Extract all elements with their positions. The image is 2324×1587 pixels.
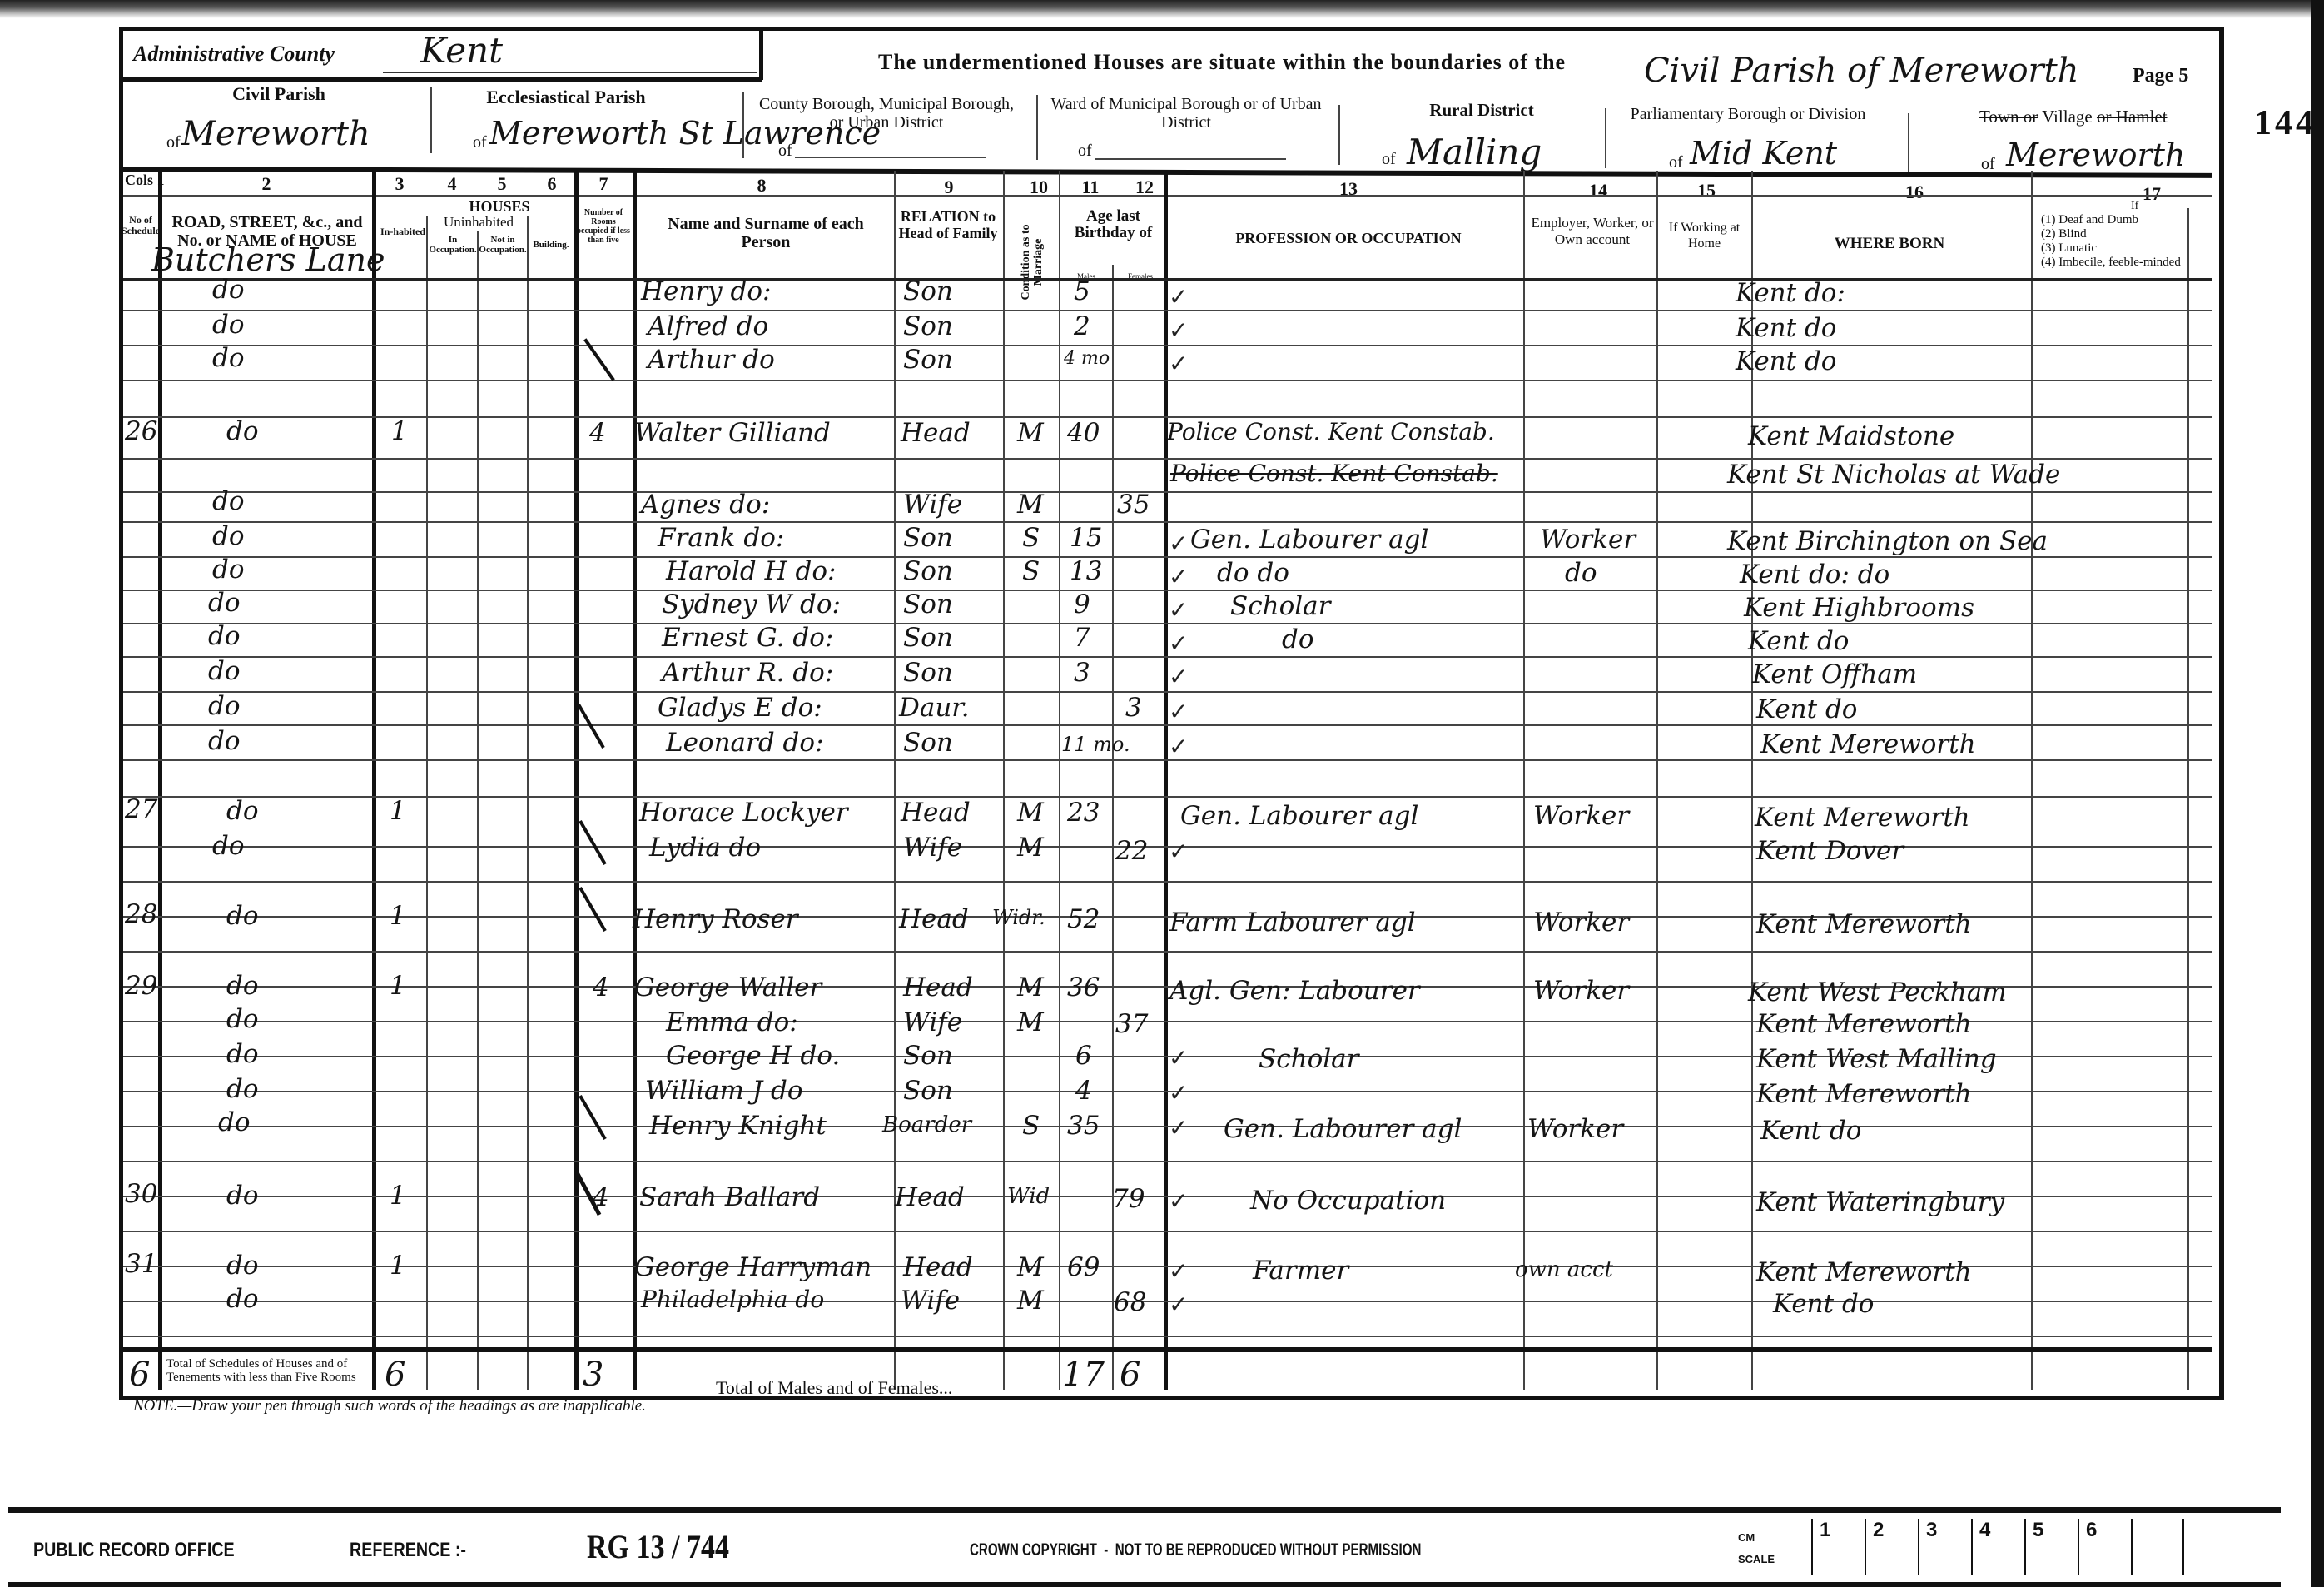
occupation-cell: Police Const. Kent Constab.: [1167, 418, 1495, 445]
occupation-cell: do: [1282, 624, 1314, 654]
name-cell: Emma do:: [666, 1007, 798, 1037]
street-cell: do: [208, 621, 241, 651]
parliamentary-of: of: [1669, 153, 1683, 172]
name-cell: George H do.: [666, 1041, 840, 1071]
footer-reference-label: REFERENCE :-: [350, 1539, 466, 1562]
inhabited-cell: 1: [390, 796, 406, 826]
born-cell: Kent West Peckham: [1748, 978, 2007, 1007]
employment-cell: do: [1565, 558, 1597, 588]
age-male-cell: 11 mo.: [1061, 733, 1130, 756]
page-number: Page 5: [2133, 65, 2188, 87]
scale-mark-2: 2: [1865, 1519, 1918, 1575]
scale-mark-1: 1: [1811, 1519, 1865, 1575]
col-header-condition: Condition as to Marriage: [1020, 212, 1045, 312]
folio-number: 144: [2254, 103, 2317, 143]
street-cell: do: [226, 1074, 259, 1104]
village-value: Mereworth: [2006, 137, 2185, 173]
name-cell: Sarah Ballard: [639, 1182, 820, 1212]
street-cell: do: [212, 343, 245, 373]
total-rooms: 3: [583, 1356, 603, 1394]
footer-office: PUBLIC RECORD OFFICE: [33, 1539, 235, 1562]
col-header-relation: RELATION to Head of Family: [897, 208, 999, 241]
rural-district-label: Rural District: [1365, 100, 1598, 121]
civil-parish-label: Civil Parish: [150, 83, 408, 105]
age-male-cell: 13: [1070, 556, 1102, 586]
col-header-where-born: WHERE BORN: [1790, 235, 1989, 252]
col-num-8: 8: [749, 175, 774, 197]
age-male-cell: 23: [1067, 798, 1100, 828]
relation-cell: Son: [903, 276, 953, 306]
scan-edge-top: [0, 0, 2324, 18]
scale-mark-3: 3: [1918, 1519, 1971, 1575]
col-num-6: 6: [539, 173, 564, 195]
ward-blank: [1095, 158, 1286, 160]
condition-cell: S: [1022, 1111, 1040, 1141]
name-cell: Frank do:: [658, 523, 784, 553]
schedule-cell: 27: [125, 794, 157, 824]
condition-cell: M: [1017, 798, 1044, 828]
col-num-17: 17: [2135, 183, 2168, 205]
name-cell: Arthur do: [648, 345, 775, 375]
name-cell: Arthur R. do:: [662, 658, 833, 688]
note-text: NOTE.—Draw your pen through such words o…: [133, 1397, 646, 1415]
total-inhabited: 6: [385, 1356, 405, 1394]
employment-cell: Worker: [1533, 908, 1629, 938]
age-female-cell: 79: [1112, 1184, 1145, 1214]
street-cell: do: [226, 1251, 259, 1281]
name-cell: Horace Lockyer: [639, 798, 848, 828]
condition-cell: Widr.: [992, 906, 1045, 929]
county-borough-blank: [795, 157, 986, 158]
divider: [430, 87, 432, 153]
col-line-11: [1112, 265, 1114, 1390]
age-male-cell: 36: [1067, 973, 1100, 1002]
col-num-5: 5: [489, 173, 514, 195]
born-cell: Kent St Nicholas at Wade: [1727, 460, 2060, 490]
rural-district-of: of: [1382, 150, 1396, 169]
relation-cell: Son: [903, 523, 953, 553]
name-cell: George Harryman: [634, 1252, 871, 1282]
county-borough-label: County Borough, Municipal Borough, or Ur…: [753, 95, 1020, 132]
footer-copyright: CROWN COPYRIGHT - NOT TO BE REPRODUCED W…: [970, 1540, 1421, 1560]
street-cell: do: [226, 796, 259, 826]
totals-label: Total of Males and of Females...: [716, 1377, 952, 1399]
relation-cell: Wife: [903, 833, 962, 863]
street-cell: do: [208, 726, 241, 756]
divider: [1338, 105, 1340, 165]
col-line-16: [2031, 171, 2033, 1390]
admin-county-underline: [383, 72, 757, 73]
town-struck: Town or: [1979, 107, 2038, 127]
name-cell: Philadelphia do: [641, 1286, 824, 1313]
name-cell: Henry Roser: [633, 904, 798, 934]
relation-cell: Son: [903, 728, 953, 758]
infirmity-2: (2) Blind: [2041, 227, 2181, 241]
occupation-cell: Agl. Gen: Labourer: [1169, 976, 1420, 1006]
col-line-14: [1656, 171, 1658, 1390]
parliamentary-value: Mid Kent: [1690, 135, 1837, 172]
relation-cell: Son: [903, 1041, 953, 1071]
condition-cell: M: [1017, 833, 1044, 863]
scan-edge-right: [2311, 0, 2324, 1587]
relation-cell: Wife: [903, 1007, 962, 1037]
col-line-13: [1523, 171, 1525, 1390]
col-num-7: 7: [591, 173, 616, 195]
footer-reference: RG 13 / 744: [587, 1527, 729, 1566]
col-num-4: 4: [439, 173, 464, 195]
condition-cell: M: [1017, 490, 1044, 520]
relation-cell: Head: [895, 1182, 965, 1212]
inhabited-cell: 1: [391, 416, 408, 446]
condition-cell: M: [1017, 418, 1044, 448]
col-line-4: [477, 231, 479, 1390]
born-cell: Kent Highbrooms: [1744, 593, 1974, 623]
col-header-not-in-occupation: Not in Occupation.: [479, 235, 527, 255]
employment-cell: Worker: [1527, 1114, 1623, 1144]
civil-parish-value: Mereworth: [181, 115, 370, 153]
parliamentary-label: Parliamentary Borough or Division: [1623, 105, 1873, 123]
born-cell: Kent Wateringbury: [1756, 1187, 2004, 1217]
divider: [1036, 95, 1038, 160]
street-cell: do: [212, 310, 245, 340]
col-header-rooms: Number of Rooms occupied if less than fi…: [577, 208, 630, 245]
name-cell: Agnes do:: [641, 490, 770, 520]
occupation-cell: Farm Labourer agl: [1169, 908, 1416, 938]
age-male-cell: 2: [1074, 311, 1090, 341]
hamlet-struck: or Hamlet: [2097, 107, 2168, 127]
ward-of: of: [1078, 142, 1092, 161]
born-cell: Kent do: [1748, 626, 1849, 656]
occupation-struck-cell: Police Const. Kent Constab.: [1170, 460, 1498, 487]
infirmity-3: (3) Lunatic: [2041, 241, 2181, 256]
schedule-cell: 28: [125, 899, 157, 929]
ward-label: Ward of Municipal Borough or of Urban Di…: [1049, 95, 1323, 132]
total-schedules-label: Total of Schedules of Houses and of Tene…: [166, 1357, 366, 1384]
name-cell: Alfred do: [648, 311, 768, 341]
born-cell: Kent Offham: [1752, 659, 1917, 689]
street-cell: do: [212, 275, 245, 305]
col-header-employment: Employer, Worker, or Own account: [1530, 215, 1655, 248]
col-header-schedule: No of Schedule: [122, 215, 160, 236]
age-male-cell: 4 mo: [1064, 348, 1110, 369]
relation-cell: Son: [903, 1076, 953, 1106]
born-cell: Kent West Malling: [1756, 1044, 1997, 1074]
born-cell: Kent Dover: [1756, 836, 1904, 866]
inhabited-cell: 1: [390, 971, 406, 1001]
rooms-cell: 4: [593, 973, 609, 1002]
schedule-cell: 30: [125, 1179, 157, 1209]
street-cell: do: [226, 901, 259, 931]
schedule-cell: 31: [125, 1249, 157, 1279]
col-line-7: [633, 171, 637, 1390]
col-header-name: Name and Surname of each Person: [658, 215, 874, 251]
street-cell: do: [218, 1107, 251, 1137]
relation-cell: Son: [903, 590, 953, 619]
condition-cell: S: [1022, 556, 1040, 586]
street-cell: do: [226, 416, 259, 446]
col-num-13: 13: [1332, 178, 1365, 200]
divider: [1908, 113, 1909, 172]
born-cell: Kent do: do: [1740, 560, 1889, 590]
scale-mark-6: 6: [2078, 1519, 2131, 1575]
relation-cell: Son: [903, 556, 953, 586]
col-header-building: Building.: [529, 236, 573, 254]
relation-cell: Head: [903, 1252, 973, 1282]
col-line-2: [372, 171, 376, 1390]
age-male-cell: 40: [1067, 418, 1100, 448]
age-male-cell: 9: [1074, 590, 1090, 619]
born-cell: Kent Mereworth: [1756, 1079, 1972, 1109]
col-header-working-at-home: If Working at Home: [1665, 220, 1744, 251]
born-cell: Kent Mereworth: [1756, 909, 1972, 939]
age-male-cell: 7: [1074, 623, 1090, 653]
age-female-cell: 3: [1125, 693, 1142, 723]
street-cell: do: [212, 486, 245, 516]
age-male-cell: 6: [1075, 1041, 1092, 1071]
occupation-cell: Farmer: [1253, 1256, 1348, 1286]
col-header-in-occupation: In Occupation.: [429, 235, 477, 255]
occupation-cell: No Occupation: [1250, 1186, 1446, 1216]
relation-cell: Son: [903, 311, 953, 341]
relation-cell: Wife: [903, 490, 962, 520]
col-header-females: Females: [1115, 268, 1165, 286]
relation-cell: Head: [903, 973, 973, 1002]
column-header-rule: [123, 278, 2212, 281]
col-header-infirmity-list: (1) Deaf and Dumb (2) Blind (3) Lunatic …: [2041, 213, 2181, 270]
relation-cell: Head: [901, 798, 971, 828]
admin-county-rule: [123, 77, 762, 82]
rural-district-value: Malling: [1407, 132, 1542, 172]
street-cell: do: [226, 1039, 259, 1069]
occupation-cell: Scholar: [1259, 1044, 1358, 1074]
col-line-5: [527, 216, 529, 1390]
street-cell: do: [212, 555, 245, 585]
born-cell: Kent Maidstone: [1748, 421, 1954, 451]
village-label: Town or Village or Hamlet: [1979, 107, 2168, 127]
relation-cell: Daur.: [899, 693, 970, 723]
ecclesiastical-parish-of: of: [473, 133, 487, 152]
street-cell: do: [212, 831, 245, 861]
total-schedules: 6: [129, 1356, 150, 1394]
col-line-10: [1059, 171, 1060, 1390]
age-female-cell: 37: [1115, 1009, 1148, 1039]
relation-cell: Son: [903, 623, 953, 653]
col-line-3: [426, 216, 428, 1390]
name-cell: Henry do:: [641, 276, 771, 306]
employment-cell: Worker: [1533, 801, 1629, 831]
admin-county-value: Kent: [420, 30, 503, 71]
rooms-cell: 4: [589, 418, 606, 448]
born-cell: Kent do: [1736, 313, 1836, 343]
col-header-occupation: PROFESSION OR OCCUPATION: [1182, 230, 1515, 247]
age-male-cell: 69: [1067, 1252, 1100, 1282]
occupation-cell: Scholar: [1230, 591, 1330, 621]
county-borough-of: of: [778, 142, 792, 161]
relation-cell: Boarder: [882, 1112, 971, 1137]
street-cell: do: [226, 1004, 259, 1034]
col-num-3: 3: [387, 173, 412, 195]
schedule-cell: 29: [125, 971, 157, 1001]
employment-cell: own acct: [1515, 1257, 1613, 1282]
divider: [1605, 108, 1606, 168]
col-header-age: Age last Birthday of: [1061, 208, 1165, 241]
col-line-12: [1164, 171, 1168, 1390]
col-line-9: [1003, 171, 1005, 1390]
name-cell: Sydney W do:: [662, 590, 841, 619]
street-cell: do: [226, 1181, 259, 1211]
relation-cell: Son: [903, 345, 953, 375]
street-cell: do: [208, 656, 241, 686]
intro-text: The undermentioned Houses are situate wi…: [878, 50, 1566, 75]
footer-rule-top: [8, 1507, 2281, 1513]
civil-parish-of: of: [166, 133, 181, 152]
born-cell: Kent do: [1773, 1289, 1874, 1319]
name-cell: Gladys E do:: [658, 693, 822, 723]
born-cell: Kent do:: [1736, 278, 1845, 308]
boundary-value: Civil Parish of Mereworth: [1644, 52, 2078, 90]
street-cell: do: [208, 588, 241, 618]
footer-rule-bottom: [8, 1582, 2281, 1587]
name-cell: Leonard do:: [666, 728, 824, 758]
schedule-cell: 26: [125, 416, 157, 446]
born-cell: Kent do: [1736, 346, 1836, 376]
condition-cell: M: [1017, 973, 1044, 1002]
born-cell: Kent Birchington on Sea: [1727, 526, 2048, 556]
total-females: 6: [1120, 1356, 1140, 1394]
village-word: Village: [2042, 107, 2093, 127]
age-female-cell: 35: [1117, 490, 1150, 520]
admin-county-label: Administrative County: [133, 42, 335, 67]
inhabited-cell: 1: [390, 901, 406, 931]
occupation-cell: Gen. Labourer agl: [1190, 525, 1428, 555]
uninhabited-group-header: Uninhabited: [429, 213, 529, 231]
born-cell: Kent Mereworth: [1760, 729, 1976, 759]
village-of: of: [1981, 155, 1995, 174]
infirmity-1: (1) Deaf and Dumb: [2041, 213, 2181, 227]
totals-rule: [123, 1347, 2212, 1352]
name-cell: George Waller: [634, 973, 822, 1002]
born-cell: Kent Mereworth: [1755, 803, 1970, 833]
age-female-cell: 22: [1115, 836, 1148, 866]
scale-mark-end: [2131, 1519, 2184, 1575]
total-males: 17: [1062, 1356, 1105, 1394]
street-cell: do: [226, 971, 259, 1001]
relation-cell: Head: [899, 904, 969, 934]
name-cell: Lydia do: [649, 833, 761, 863]
scale-mark-4: 4: [1971, 1519, 2024, 1575]
name-cell: Walter Gilliand: [634, 418, 831, 448]
footer-scale-label: CM SCALE: [1738, 1527, 1775, 1570]
admin-county-divider: [759, 30, 763, 80]
age-male-cell: 4: [1075, 1076, 1092, 1106]
born-cell: Kent do: [1760, 1116, 1861, 1146]
street-cell: do: [208, 691, 241, 721]
street-name-value: Butchers Lane: [151, 241, 385, 278]
name-cell: Ernest G. do:: [662, 623, 833, 653]
street-cell: do: [212, 521, 245, 551]
inhabited-cell: 1: [390, 1181, 406, 1211]
employment-cell: Worker: [1533, 976, 1629, 1006]
col-num-16: 16: [1898, 182, 1931, 203]
occupation-cell: Gen. Labourer agl: [1224, 1114, 1462, 1144]
relation-cell: Son: [903, 658, 953, 688]
inhabited-cell: 1: [390, 1251, 406, 1281]
occupation-cell: do do: [1217, 558, 1289, 588]
col-header-inhabited: In-habited: [380, 226, 426, 237]
colnum-rule: [123, 195, 2212, 197]
condition-cell: M: [1017, 1252, 1044, 1282]
age-male-cell: 35: [1067, 1111, 1100, 1141]
age-male-cell: 52: [1067, 904, 1100, 934]
employment-cell: Worker: [1540, 525, 1636, 555]
col-line-6: [574, 171, 579, 1390]
condition-cell: M: [1017, 1007, 1044, 1037]
col-header-infirmity-if: If: [2131, 200, 2138, 213]
col-num-15: 15: [1690, 180, 1723, 201]
name-cell: Harold H do:: [666, 556, 836, 586]
condition-cell: Wid: [1007, 1184, 1050, 1209]
ecclesiastical-parish-label: Ecclesiastical Parish: [441, 87, 691, 108]
age-female-cell: 68: [1114, 1287, 1146, 1317]
born-cell: Kent Mereworth: [1756, 1257, 1972, 1287]
condition-cell: S: [1022, 523, 1040, 553]
relation-cell: Wife: [901, 1286, 960, 1316]
col-line-17: [2187, 208, 2189, 1390]
born-cell: Kent do: [1756, 694, 1857, 724]
divider: [742, 92, 744, 158]
age-male-cell: 3: [1074, 658, 1090, 688]
age-male-cell: 15: [1070, 523, 1102, 553]
condition-cell: M: [1017, 1286, 1044, 1316]
name-cell: William J do: [645, 1076, 803, 1106]
col-line-1: [158, 171, 162, 1390]
name-cell: Henry Knight: [649, 1111, 827, 1141]
col-num-2: 2: [250, 173, 283, 195]
col-num-14: 14: [1582, 180, 1615, 201]
scale-mark-5: 5: [2024, 1519, 2078, 1575]
street-cell: do: [226, 1284, 259, 1314]
occupation-cell: Gen. Labourer agl: [1180, 801, 1418, 831]
age-male-cell: 5: [1074, 276, 1090, 306]
relation-cell: Head: [901, 418, 971, 448]
born-cell: Kent Mereworth: [1756, 1009, 1972, 1039]
infirmity-4: (4) Imbecile, feeble-minded: [2041, 256, 2181, 270]
